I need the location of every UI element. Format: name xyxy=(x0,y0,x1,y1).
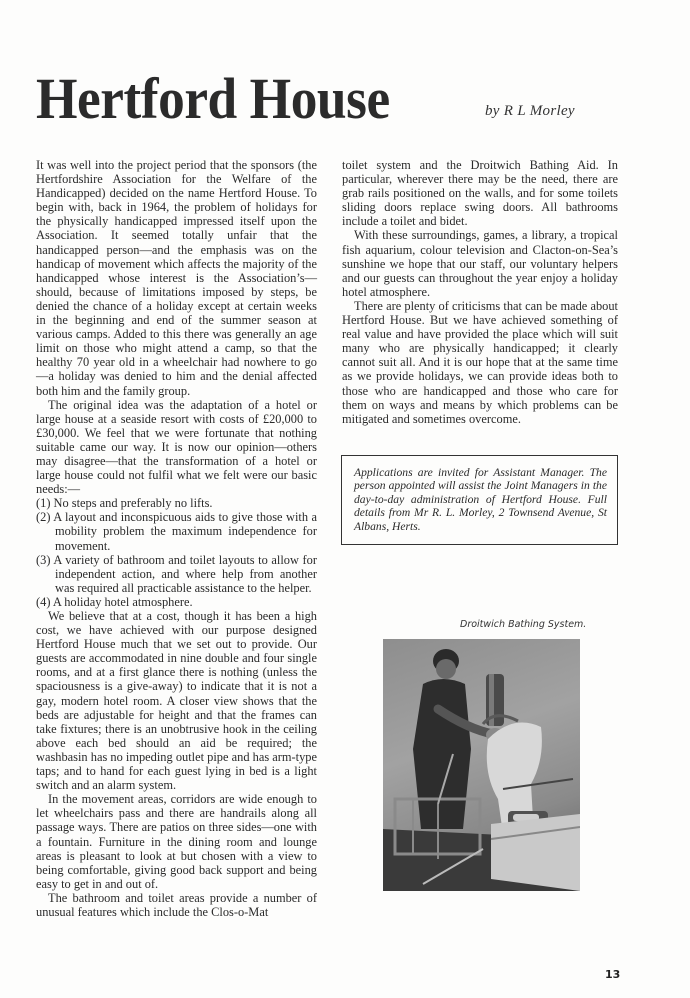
list-item: (2) A layout and inconspicuous aids to g… xyxy=(36,510,317,552)
right-column: toilet system and the Droitwich Bathing … xyxy=(342,158,618,426)
paragraph: The bathroom and toilet areas provide a … xyxy=(36,891,317,919)
job-notice-text: Applications are invited for Assistant M… xyxy=(354,466,607,533)
paragraph: It was well into the project period that… xyxy=(36,158,317,398)
paragraph: toilet system and the Droitwich Bathing … xyxy=(342,158,618,228)
job-notice-box: Applications are invited for Assistant M… xyxy=(341,455,618,545)
paragraph: The original idea was the adaptation of … xyxy=(36,398,317,497)
needs-list: (1) No steps and preferably no lifts. (2… xyxy=(36,496,317,609)
paragraph: In the movement areas, corridors are wid… xyxy=(36,792,317,891)
paragraph: There are plenty of criticisms that can … xyxy=(342,299,618,426)
author-byline: by R L Morley xyxy=(485,103,575,120)
photo-illustration-icon xyxy=(383,639,580,891)
left-column: It was well into the project period that… xyxy=(36,158,317,919)
figure-caption: Droitwich Bathing System. xyxy=(460,619,586,630)
paragraph: With these surroundings, games, a librar… xyxy=(342,228,618,298)
list-item: (1) No steps and preferably no lifts. xyxy=(36,496,317,510)
page-number: 13 xyxy=(605,968,620,981)
bathing-system-photo xyxy=(383,639,580,891)
paragraph: We believe that at a cost, though it has… xyxy=(36,609,317,792)
list-item: (4) A holiday hotel atmosphere. xyxy=(36,595,317,609)
page-title: Hertford House xyxy=(36,66,390,132)
list-item: (3) A variety of bathroom and toilet lay… xyxy=(36,553,317,595)
